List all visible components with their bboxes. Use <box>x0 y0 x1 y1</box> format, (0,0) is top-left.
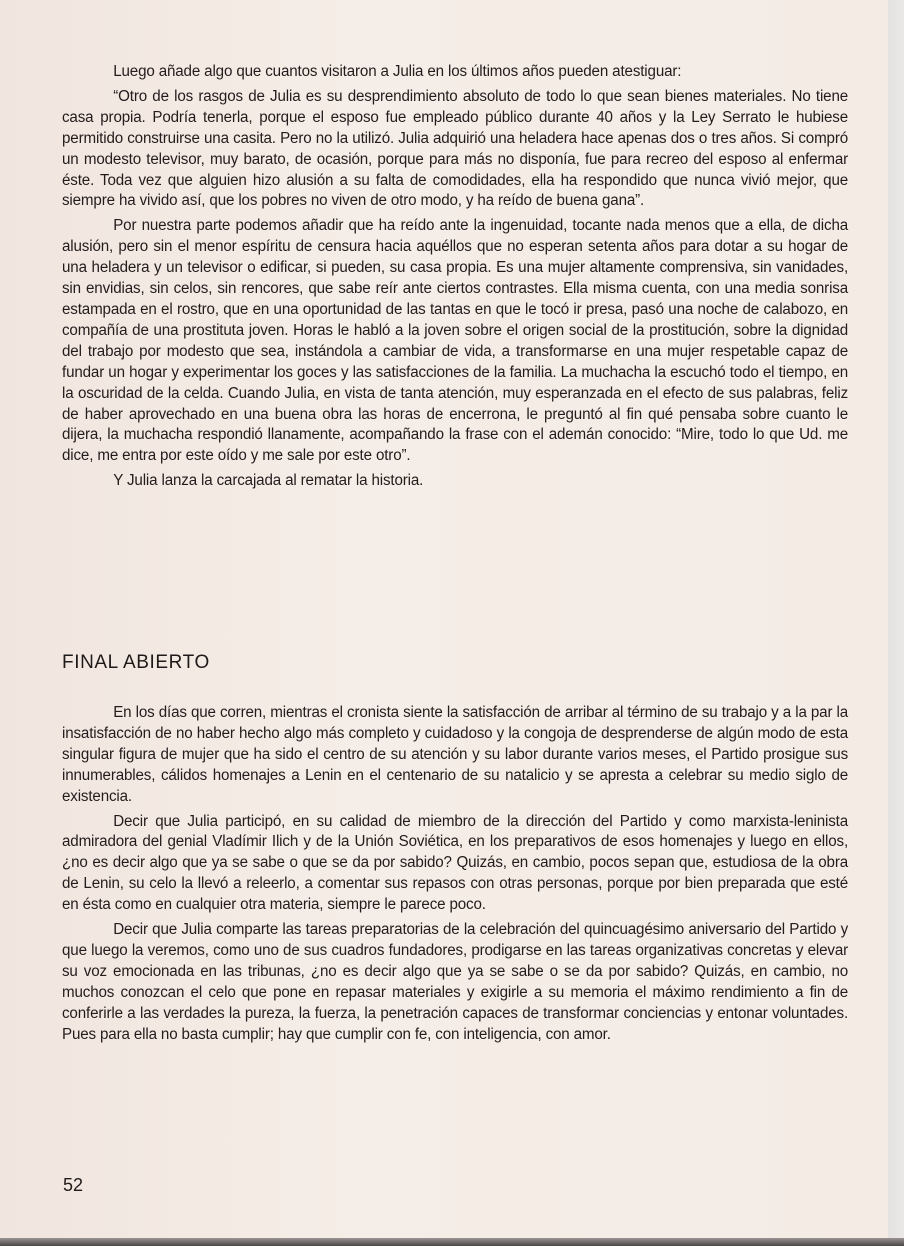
book-page: Luego añade algo que cuantos visitaron a… <box>0 0 888 1238</box>
section-body-2: En los días que corren, mientras el cron… <box>62 703 848 1046</box>
page-number: 52 <box>63 1175 83 1196</box>
section-heading: FINAL ABIERTO <box>62 652 210 674</box>
paragraph: Y Julia lanza la carcajada al rematar la… <box>62 471 848 492</box>
section-body-1: Luego añade algo que cuantos visitaron a… <box>62 62 848 492</box>
page-edge-bottom <box>0 1238 904 1246</box>
paragraph: Decir que Julia participó, en su calidad… <box>62 812 848 917</box>
paragraph: Decir que Julia comparte las tareas prep… <box>62 920 848 1045</box>
quote-paragraph: “Otro de los rasgos de Julia es su despr… <box>62 87 848 212</box>
paragraph: Por nuestra parte podemos añadir que ha … <box>62 216 848 467</box>
paragraph: En los días que corren, mientras el cron… <box>62 703 848 808</box>
paragraph: Luego añade algo que cuantos visitaron a… <box>62 62 848 83</box>
page-edge-right <box>888 0 904 1246</box>
